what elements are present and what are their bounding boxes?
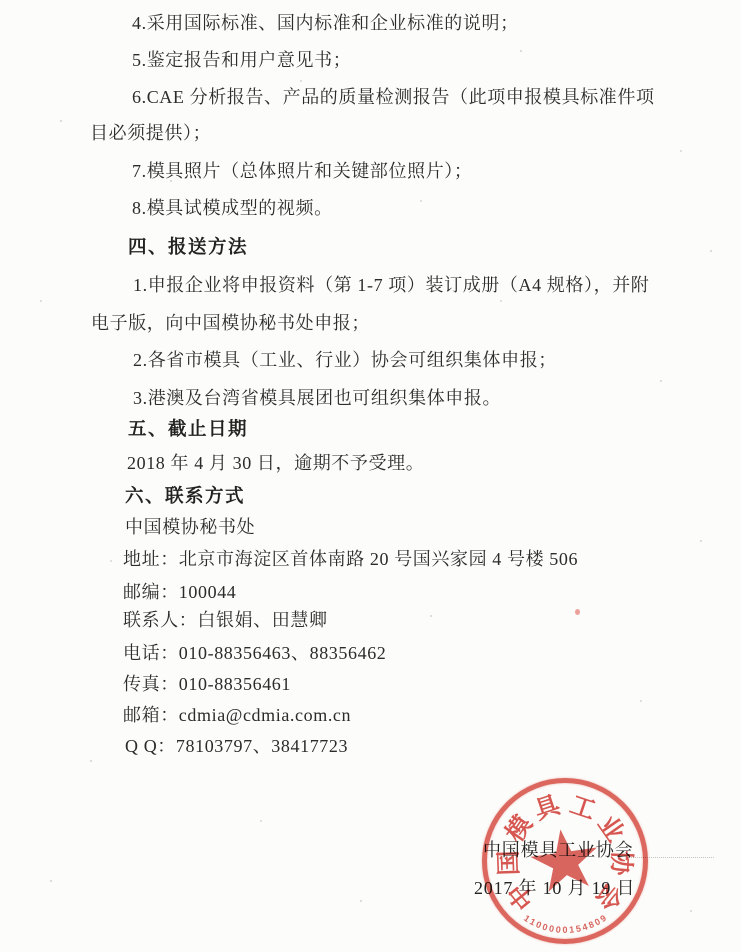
section-heading-contact: 六、联系方式: [125, 485, 245, 507]
red-ink-speck: [575, 609, 580, 615]
scan-noise: [0, 0, 2, 2]
document-line: 8.模具试模成型的视频。: [132, 197, 333, 219]
seal-arc-char: 协: [605, 850, 642, 876]
document-line: 1.申报企业将申报资料（第 1-7 项）装订成册（A4 规格），并附: [133, 274, 649, 296]
document-line: 电子版，向中国模协秘书处申报；: [91, 312, 370, 334]
contact-fax-line: 传真：010-88356461: [123, 673, 291, 695]
section-heading-submission-method: 四、报送方法: [128, 236, 248, 258]
seal-arc-char: 国: [489, 850, 526, 876]
seal-serial-digit: 0: [555, 924, 561, 934]
contact-qq-line: Q Q：78103797、38417723: [125, 735, 348, 757]
document-line: 3.港澳及台湾省模具展团也可组织集体申报。: [133, 387, 501, 409]
section-heading-deadline: 五、截止日期: [128, 418, 248, 440]
official-seal: 中 国 模 具 工 业 协 会 1 1 0 0 0 0 0 1 5 4 8 0 …: [482, 778, 648, 944]
seal-serial-digit: 1: [569, 924, 575, 934]
document-line: 5.鉴定报告和用户意见书；: [132, 49, 351, 71]
contact-email-line: 邮箱：cdmia@cdmia.com.cn: [123, 704, 351, 726]
document-line: 6.CAE 分析报告、产品的质量检测报告（此项申报模具标准件项: [132, 86, 655, 108]
seal-serial-digit: 0: [562, 925, 567, 935]
document-line: 2.各省市模具（工业、行业）协会可组织集体申报；: [133, 349, 557, 371]
contact-address-line: 地址：北京市海淀区首体南路 20 号国兴家园 4 号楼 506: [123, 548, 578, 570]
document-line: 2018 年 4 月 30 日，逾期不予受理。: [127, 452, 424, 474]
document-line: 目必须提供）；: [90, 122, 211, 144]
scanned-document-page: 4.采用国际标准、国内标准和企业标准的说明； 5.鉴定报告和用户意见书； 6.C…: [0, 0, 741, 952]
contact-phone-line: 电话：010-88356463、88356462: [123, 642, 386, 664]
contact-org-line: 中国模协秘书处: [125, 516, 255, 538]
contact-postcode-line: 邮编：100044: [123, 581, 236, 603]
document-line: 4.采用国际标准、国内标准和企业标准的说明；: [132, 12, 519, 34]
document-line: 7.模具照片（总体照片和关键部位照片）；: [132, 160, 473, 182]
contact-person-line: 联系人：白银娟、田慧卿: [123, 609, 328, 631]
